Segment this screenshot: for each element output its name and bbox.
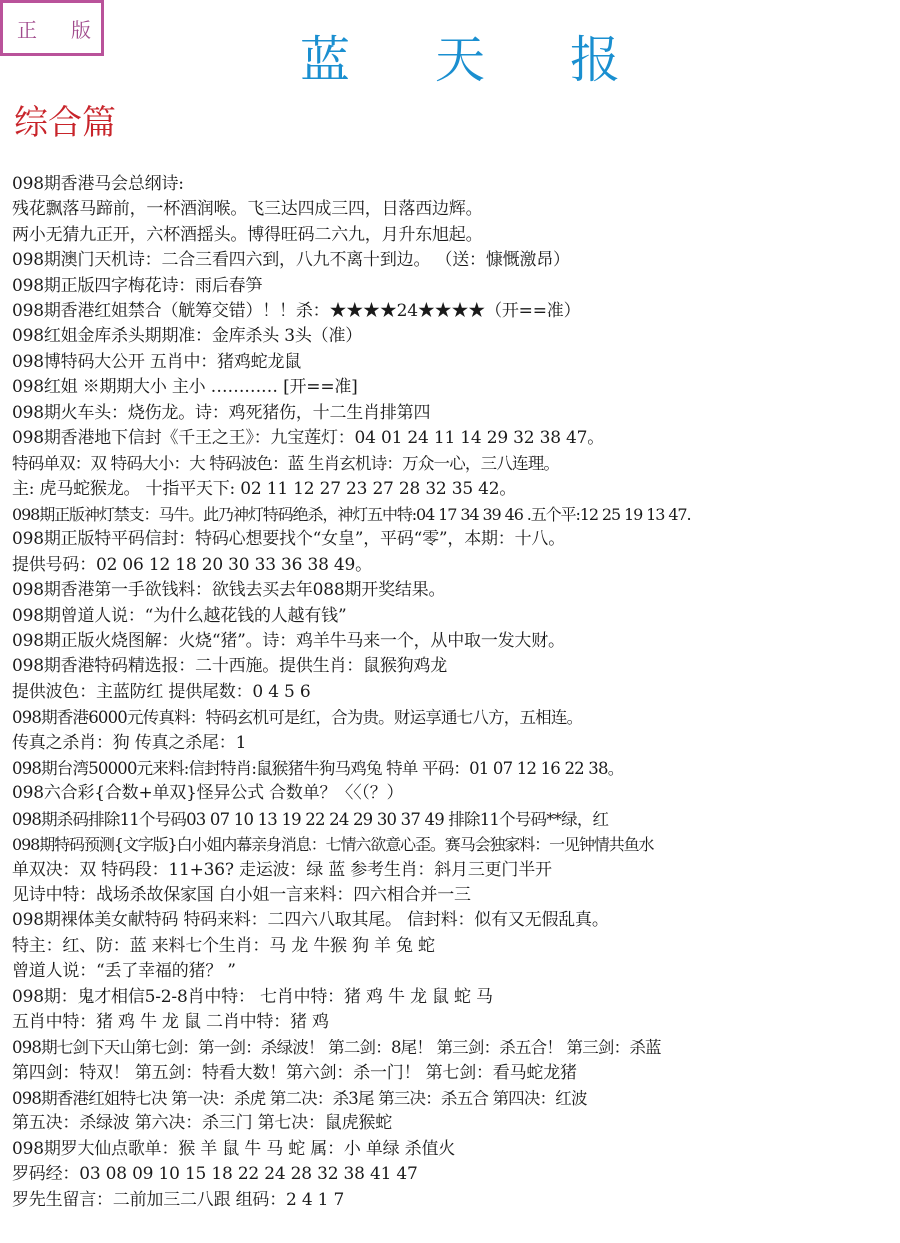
- text-line: 罗码经：03 08 09 10 15 18 22 24 28 32 38 41 …: [12, 1162, 900, 1187]
- masthead-char-2: 天: [435, 20, 485, 92]
- text-line: 098期正版火烧图解：火烧“猪”。诗：鸡羊牛马来一个，从中取一发大财。: [12, 629, 900, 654]
- stamp-char-left: 正: [17, 14, 37, 43]
- text-line: 098期香港红姐禁合（觥筹交错）！！杀：★★★★24★★★★（开==准）: [12, 299, 900, 324]
- text-line: 两小无猜九正开，六杯酒摇头。博得旺码二六九，月升东旭起。: [12, 223, 900, 248]
- text-line: 098期特码预测{文字版}白小姐内幕亲身消息：七情六欲意心歪。赛马会独家料：一见…: [12, 832, 900, 857]
- text-line: 见诗中特：战场杀故保家国 白小姐一言来料：四六相合并一三: [12, 883, 900, 908]
- text-line: 098期正版四字梅花诗：雨后春笋: [12, 274, 900, 299]
- text-line: 第五决：杀绿波 第六决：杀三门 第七决：鼠虎猴蛇: [12, 1111, 900, 1136]
- text-line: 罗先生留言：二前加三二八跟 组码：2 4 1 7: [12, 1188, 900, 1213]
- text-line: 098红姐 ※期期大小 主小 ………… [开==准]: [12, 375, 900, 400]
- text-line: 提供波色：主蓝防红 提供尾数：0 4 5 6: [12, 680, 900, 705]
- text-line: 098期台湾50000元来料:信封特肖:鼠猴猪牛狗马鸡兔 特单 平码：01 07…: [12, 756, 900, 781]
- text-line: 098期香港红姐特七决 第一决：杀虎 第二决：杀3尾 第三决：杀五合 第四决：红…: [12, 1086, 900, 1111]
- masthead-char-3: 报: [570, 20, 620, 92]
- stamp-char-right: 版: [71, 14, 91, 43]
- text-line: 098期正版特平码信封：特码心想要找个“女皇”，平码“零”，本期：十八。: [12, 527, 900, 552]
- text-line: 特码单双：双 特码大小：大 特码波色：蓝 生肖玄机诗：万众一心，三八连理。: [12, 451, 900, 476]
- text-line: 传真之杀肖：狗 传真之杀尾：1: [12, 731, 900, 756]
- text-line: 残花飘落马蹄前，一杯酒润喉。飞三达四成三四，日落西边辉。: [12, 197, 900, 222]
- text-line: 098期香港马会总纲诗:: [12, 172, 900, 197]
- text-line: 098期：鬼才相信5-2-8肖中特： 七肖中特：猪 鸡 牛 龙 鼠 蛇 马: [12, 985, 900, 1010]
- masthead-title: 蓝 天 报: [300, 20, 620, 92]
- text-line: 第四剑：特双！ 第五剑：特看大数！第六剑：杀一门！ 第七剑：看马蛇龙猪: [12, 1061, 900, 1086]
- text-line: 098期香港地下信封《千王之王》：九宝莲灯：04 01 24 11 14 29 …: [12, 426, 900, 451]
- text-line: 主: 虎马蛇猴龙。 十指平天下: 02 11 12 27 23 27 28 32…: [12, 477, 900, 502]
- text-line: 098期裸体美女献特码 特码来料：二四六八取其尾。 信封料：似有又无假乱真。: [12, 908, 900, 933]
- text-line: 098期正版神灯禁支：马牛。此乃神灯特码绝杀，神灯五中特:04 17 34 39…: [12, 502, 900, 527]
- text-line: 098期香港第一手欲钱料：欲钱去买去年088期开奖结果。: [12, 578, 900, 603]
- article-body: 098期香港马会总纲诗: 残花飘落马蹄前，一杯酒润喉。飞三达四成三四，日落西边辉…: [12, 172, 900, 1213]
- text-line: 098期曾道人说：“为什么越花钱的人越有钱”: [12, 604, 900, 629]
- text-line: 098期杀码排除11个号码03 07 10 13 19 22 24 29 30 …: [12, 807, 900, 832]
- text-line: 098红姐金库杀头期期准：金库杀头 3头（准）: [12, 324, 900, 349]
- text-line: 098六合彩{合数+单双}怪异公式 合数单？〈〈（？）: [12, 781, 900, 806]
- text-line: 098期罗大仙点歌单：猴 羊 鼠 牛 马 蛇 属：小 单绿 杀值火: [12, 1137, 900, 1162]
- text-line: 098期澳门天机诗：二合三看四六到，八九不离十到边。 （送：慷慨激昂）: [12, 248, 900, 273]
- masthead-char-1: 蓝: [300, 20, 350, 92]
- text-line: 特主：红、防：蓝 来料七个生肖：马 龙 牛猴 狗 羊 兔 蛇: [12, 934, 900, 959]
- text-line: 五肖中特：猪 鸡 牛 龙 鼠 二肖中特：猪 鸡: [12, 1010, 900, 1035]
- text-line: 曾道人说：“丢了幸福的猪？ ”: [12, 959, 900, 984]
- text-line: 098期香港6000元传真料：特码玄机可是红，合为贵。财运享通七八方，五相连。: [12, 705, 900, 730]
- text-line: 098期香港特码精选报：二十西施。提供生肖：鼠猴狗鸡龙: [12, 654, 900, 679]
- text-line: 098期七剑下天山第七剑：第一剑：杀绿波！ 第二剑：8尾！ 第三剑：杀五合！ 第…: [12, 1035, 900, 1060]
- text-line: 提供号码：02 06 12 18 20 30 33 36 38 49。: [12, 553, 900, 578]
- authentic-edition-stamp: 正 版: [0, 0, 104, 56]
- text-line: 098期火车头：烧伤龙。诗：鸡死猪伤，十二生肖排第四: [12, 401, 900, 426]
- text-line: 单双决：双 特码段：11+36? 走运波：绿 蓝 参考生肖：斜月三更门半开: [12, 858, 900, 883]
- text-line: 098博特码大公开 五肖中：猪鸡蛇龙鼠: [12, 350, 900, 375]
- section-title: 综合篇: [14, 95, 116, 144]
